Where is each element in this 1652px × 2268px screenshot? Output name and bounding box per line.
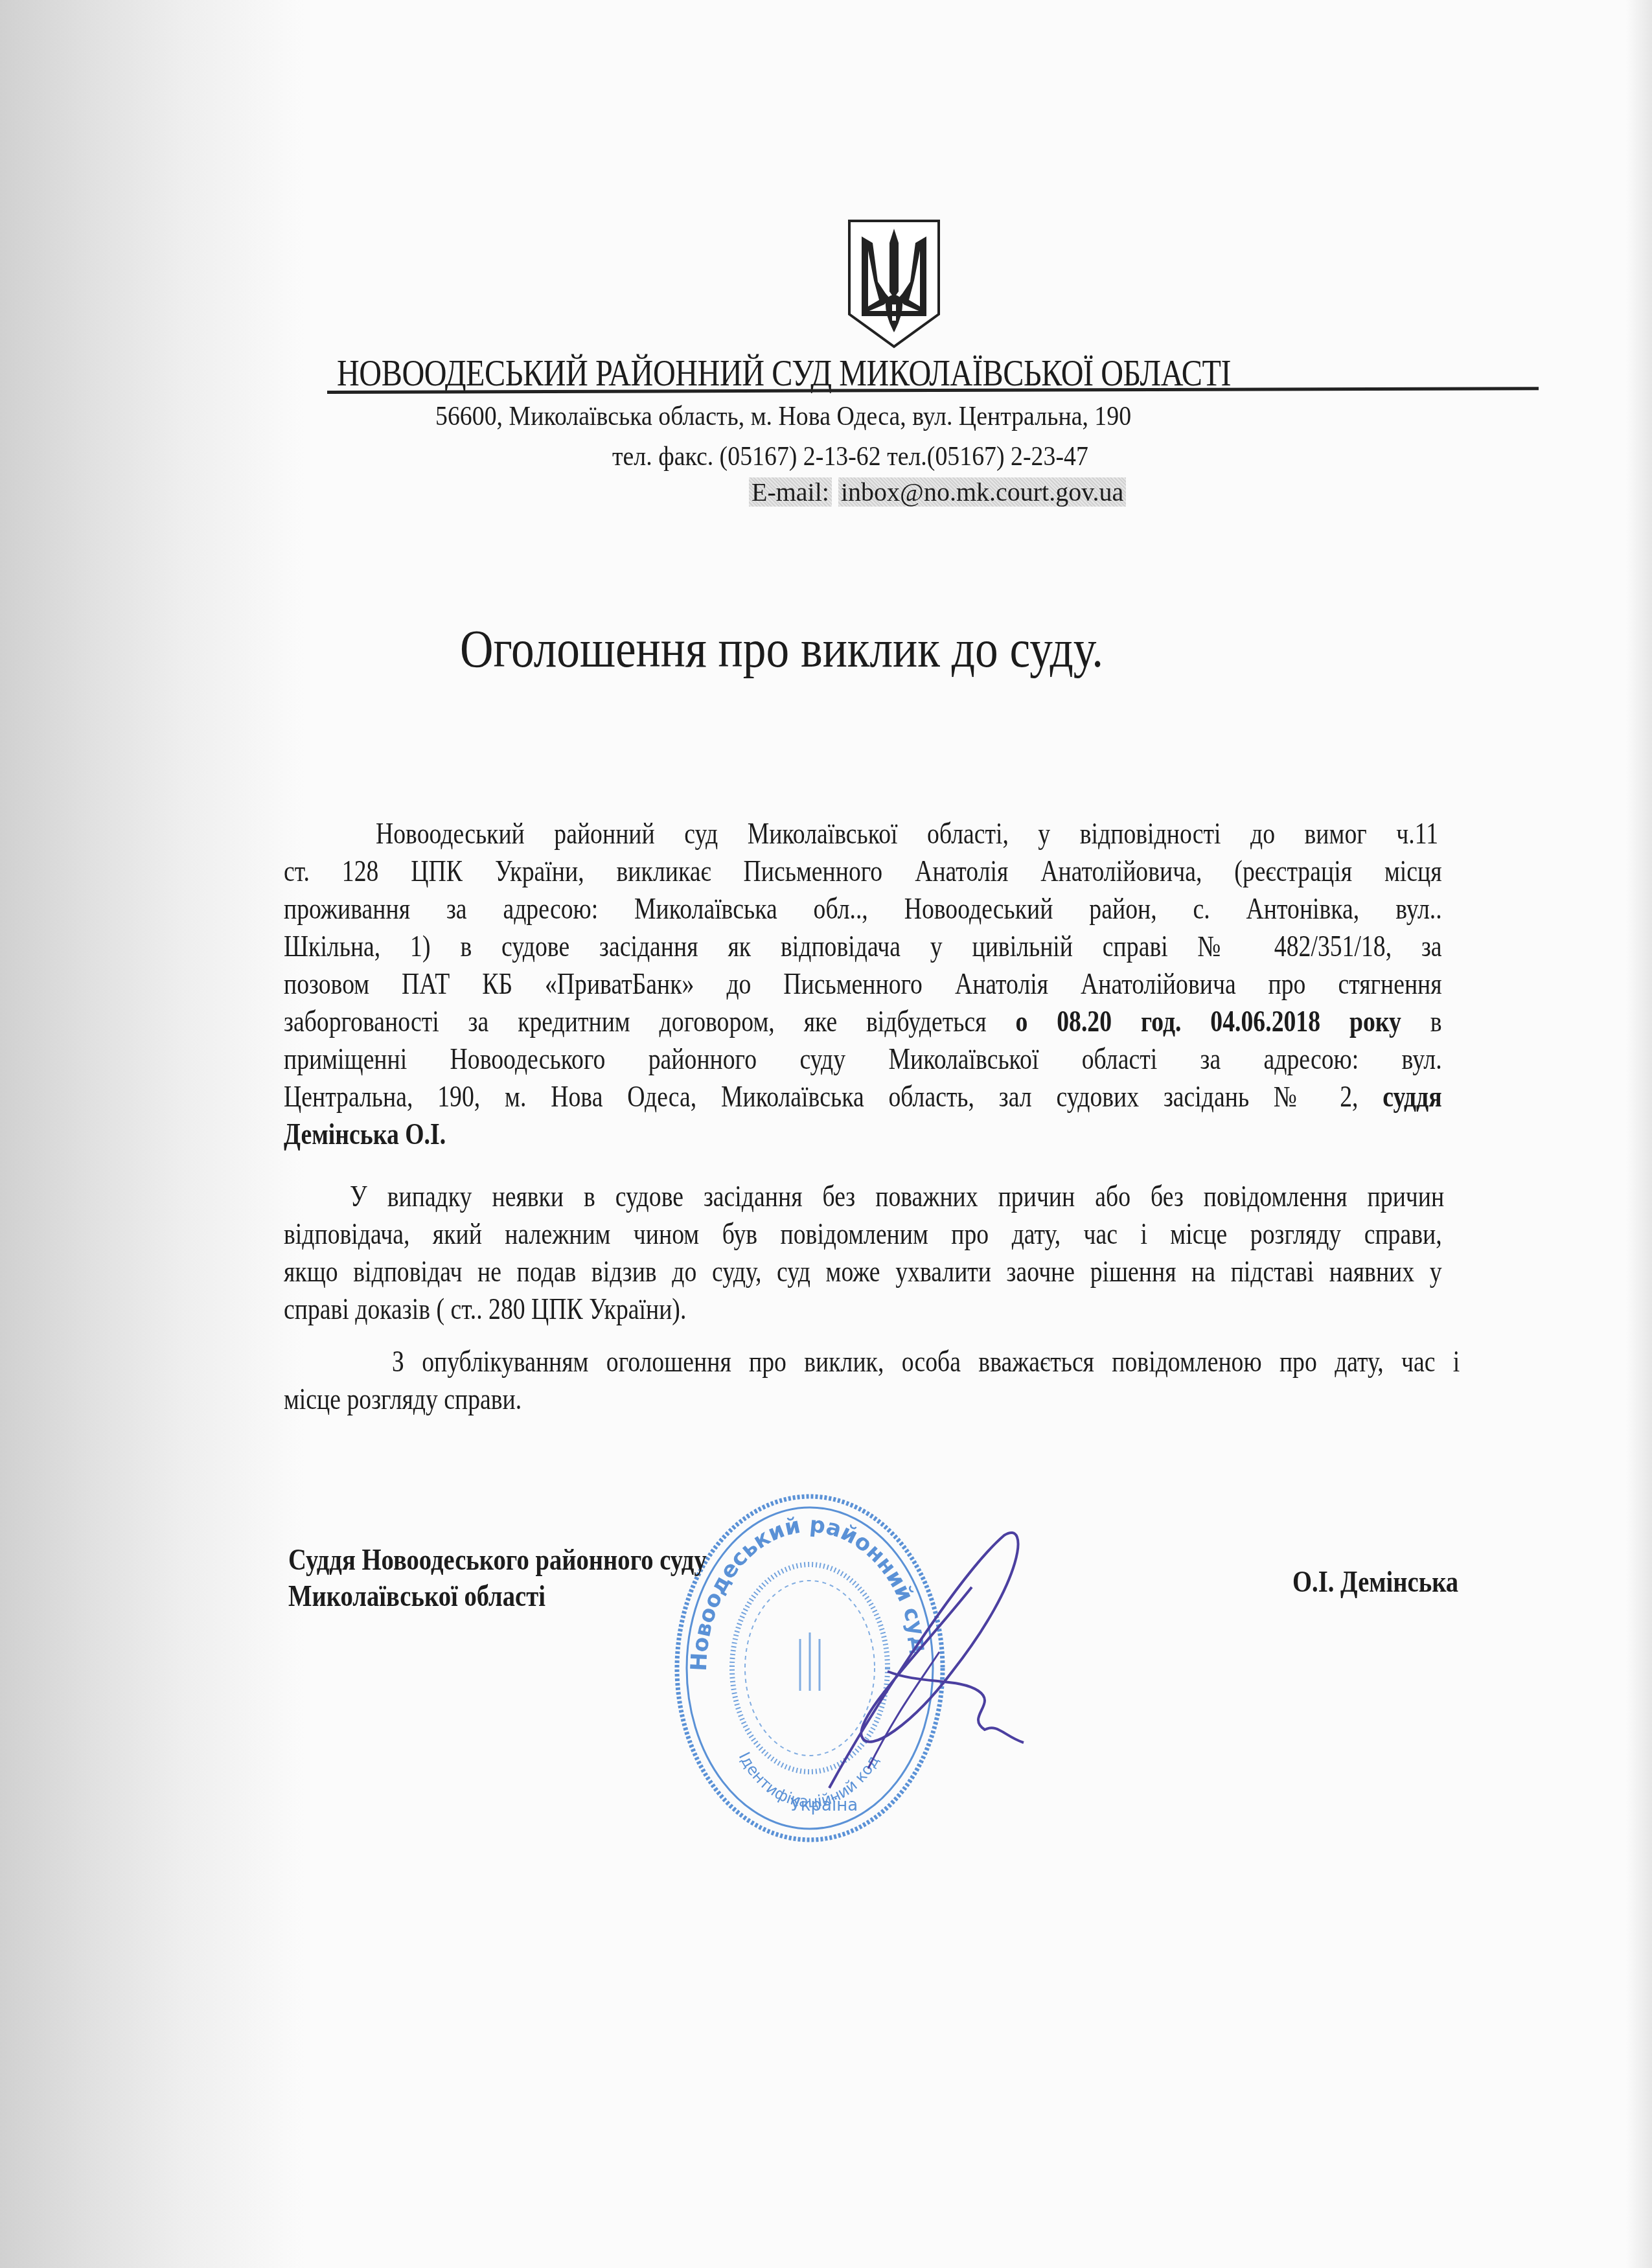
paragraph-1-line-8: Центральна, 190, м. Нова Одеса, Миколаїв… [284,1079,1442,1114]
email-label: E-mail: [749,477,832,507]
paragraph-1-line-3: проживання за адресою: Миколаївська обл.… [284,891,1442,926]
judge-label: суддя [1382,1080,1441,1113]
paragraph-2-line-1: У випадку неявки в судове засідання без … [350,1179,1444,1213]
paragraph-1-line-1: Новоодеський районний суд Миколаївської … [376,816,1438,851]
paragraph-1-line-5: позовом ПАТ КБ «ПриватБанк» до Письменно… [284,967,1442,1001]
paragraph-1-line-4: Шкільна, 1) в судове засідання як відпов… [284,929,1442,963]
court-phones: тел. факс. (05167) 2-13-62 тел.(05167) 2… [612,441,1088,472]
document-title: Оголошення про виклик до суду. [460,619,1103,680]
court-address: 56600, Миколаївська область, м. Нова Оде… [435,400,1131,432]
hall-text: Центральна, 190, м. Нова Одеса, Миколаїв… [284,1080,1382,1113]
signatory-name: О.І. Демінська [1292,1564,1458,1599]
paragraph-1-line-7: приміщенні Новоодеського районного суду … [284,1042,1442,1076]
judge-name: Демінська О.І. [284,1117,446,1151]
court-email-line: E-mail: inbox@no.mk.court.gov.ua [749,477,1126,507]
line-tail: в [1401,1005,1442,1038]
email-address[interactable]: inbox@no.mk.court.gov.ua [838,477,1126,507]
paragraph-2-line-2: відповідача, який належним чином був пов… [284,1217,1442,1251]
signatory-position-line-1: Суддя Новоодеського районного суду [288,1542,707,1578]
paragraph-2-line-4: справі доказів ( ст.. 280 ЦПК України). [284,1292,1442,1326]
paragraph-1-line-9: Демінська О.І. [284,1117,1442,1151]
paragraph-2-line-3: якщо відповідач не подав відзив до суду,… [284,1254,1442,1289]
paragraph-1-line-6: заборгованості за кредитним договором, я… [284,1004,1442,1038]
paragraph-3-line-2: місце розгляду справи. [284,1382,1442,1416]
paragraph-3-line-1: З опублікуванням оголошення про виклик, … [392,1344,1460,1379]
contract-text: заборгованості за кредитним договором, я… [284,1005,1015,1038]
signatory-position: Суддя Новоодеського районного суду Микол… [288,1542,707,1614]
signatory-position-line-2: Миколаївської області [288,1578,707,1614]
hearing-datetime: о 08.20 год. 04.06.2018 року [1015,1005,1401,1038]
paragraph-1-line-2: ст. 128 ЦПК України, викликає Письменног… [284,854,1442,888]
svg-text:Україна: Україна [790,1796,858,1815]
document-page: НОВООДЕСЬКИЙ РАЙОННИЙ СУД МИКОЛАЇВСЬКОЇ … [0,0,1652,2268]
coat-of-arms-trident-icon [845,217,943,350]
handwritten-signature [790,1522,1082,1794]
